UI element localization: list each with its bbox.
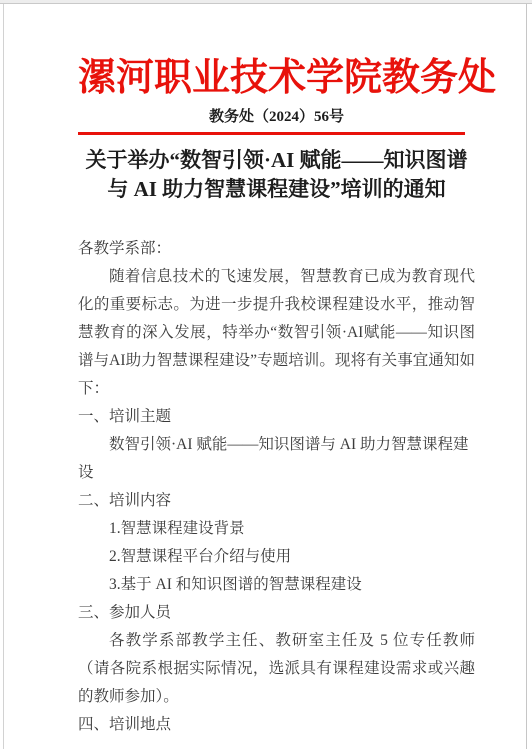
letterhead-org-title: 漯河职业技术学院教务处: [78, 56, 475, 100]
letterhead-divider: [78, 132, 465, 135]
section-item: 1.智慧课程建设背景: [78, 515, 475, 543]
notice-title: 关于举办“数智引领·AI 赋能——知识图谱 与 AI 助力智慧课程建设”培训的通…: [78, 146, 475, 204]
section-heading: 二、培训内容: [78, 487, 475, 515]
section-item: 2.智慧课程平台介绍与使用: [78, 543, 475, 571]
body-paragraph: 随着信息技术的飞速发展，智慧教育已成为教育现代化的重要标志。为进一步提升我校课程…: [78, 263, 475, 403]
section-item: 数智引领·AI 赋能——知识图谱与 AI 助力智慧课程建设: [78, 431, 475, 487]
body-paragraph: 各教学系部教学主任、教研室主任及 5 位专任教师（请各院系根据实际情况，选派具有…: [78, 627, 475, 711]
document-body: 各教学系部：随着信息技术的飞速发展，智慧教育已成为教育现代化的重要标志。为进一步…: [78, 235, 475, 739]
notice-title-line2: 与 AI 助力智慧课程建设”培训的通知: [78, 175, 475, 204]
section-item: 3.基于 AI 和知识图谱的智慧课程建设: [78, 571, 475, 599]
section-heading: 三、参加人员: [78, 599, 475, 627]
document-page: 漯河职业技术学院教务处 教务处（2024）56号 关于举办“数智引领·AI 赋能…: [3, 4, 527, 749]
document-number: 教务处（2024）56号: [78, 108, 475, 126]
notice-title-line1: 关于举办“数智引领·AI 赋能——知识图谱: [78, 146, 475, 175]
document-canvas: 漯河职业技术学院教务处 教务处（2024）56号 关于举办“数智引领·AI 赋能…: [0, 0, 532, 749]
salutation-line: 各教学系部：: [78, 235, 475, 263]
page-content: 漯河职业技术学院教务处 教务处（2024）56号 关于举办“数智引领·AI 赋能…: [4, 56, 526, 739]
section-heading: 四、培训地点: [78, 711, 475, 739]
section-heading: 一、培训主题: [78, 403, 475, 431]
